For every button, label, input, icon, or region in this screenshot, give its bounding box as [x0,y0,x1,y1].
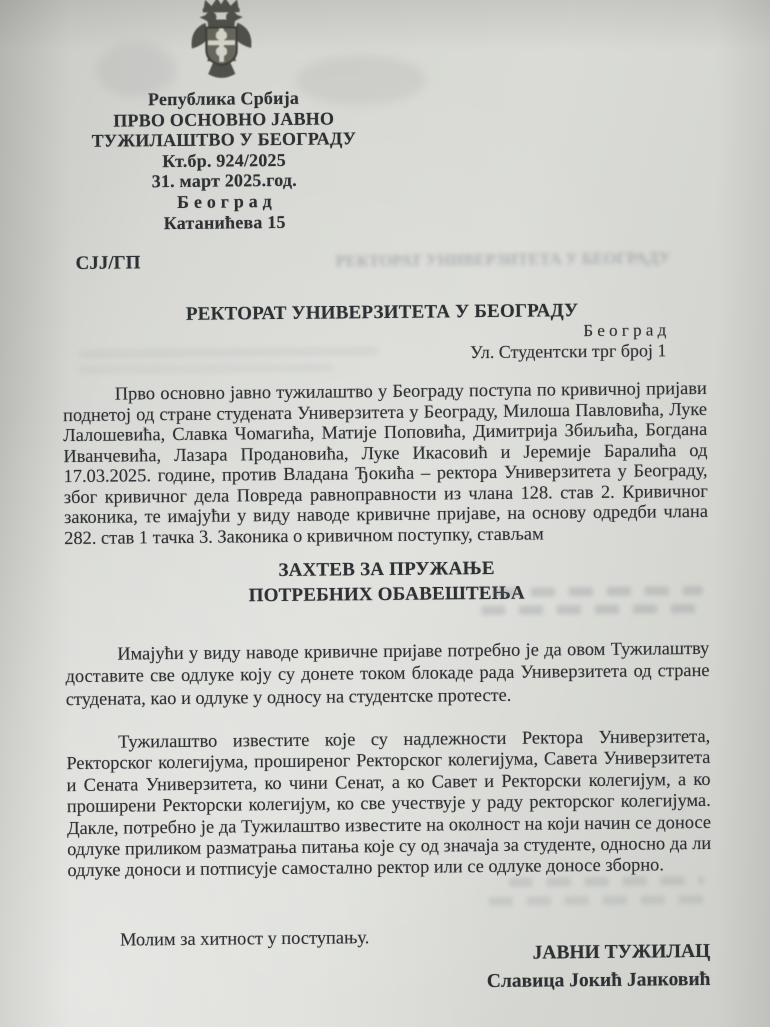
body-paragraph-3-block: Тужилаштво известите које су надлежности… [66,726,711,882]
signature-block: ЈАВНИ ТУЖИЛАЦ Славица Јокић Јанковић [410,938,711,997]
bleed-through-smudge [509,876,704,887]
request-heading: ЗАХТЕВ ЗА ПРУЖАЊЕ ПОТРЕБНИХ ОБАВЕШТЕЊА [64,554,708,610]
signature-title: ЈАВНИ ТУЖИЛАЦ [410,938,710,969]
document-photo: Република Србија ПРВО ОСНОВНО ЈАВНО ТУЖИ… [0,0,770,1027]
bleed-through-smudge [78,347,378,358]
recipient-address-block: Б е о г р а д Ул. Студентски трг број 1 [378,319,666,364]
body-paragraph-3: Тужилаштво известите које су надлежности… [66,726,711,882]
bleed-through-smudge [79,363,334,373]
bleed-through-smudge [489,895,704,906]
body-paragraph-1-block: Прво основно јавно тужилаштво у Београду… [63,378,709,548]
body-paragraph-2-block: Имајући у виду наводе кривичне пријаве п… [65,637,710,710]
bleed-through-recipient-echo: РЕКТОРАТ УНИВЕРЗИТЕТА У БЕОГРАДУ [335,248,665,271]
request-heading-line2: ПОТРЕБНИХ ОБАВЕШТЕЊА [65,579,709,610]
recipient-city: Б е о г р а д [378,319,666,343]
serbia-coat-of-arms-icon [181,0,262,92]
letterhead-office-line2: ТУЖИЛАШТВО У БЕОГРАДУ [66,128,381,152]
signature-name: Славица Јокић Јанковић [410,966,710,997]
letterhead-street: Катанићева 15 [67,211,382,235]
letterhead: Република Србија ПРВО ОСНОВНО ЈАВНО ТУЖИ… [66,87,382,234]
recipient-street: Ул. Студентски трг број 1 [378,340,666,364]
reference-initials: СЈЈ/ГП [75,252,140,275]
body-paragraph-2: Имајући у виду наводе кривичне пријаве п… [65,637,710,710]
body-paragraph-1: Прво основно јавно тужилаштво у Београду… [63,378,709,548]
